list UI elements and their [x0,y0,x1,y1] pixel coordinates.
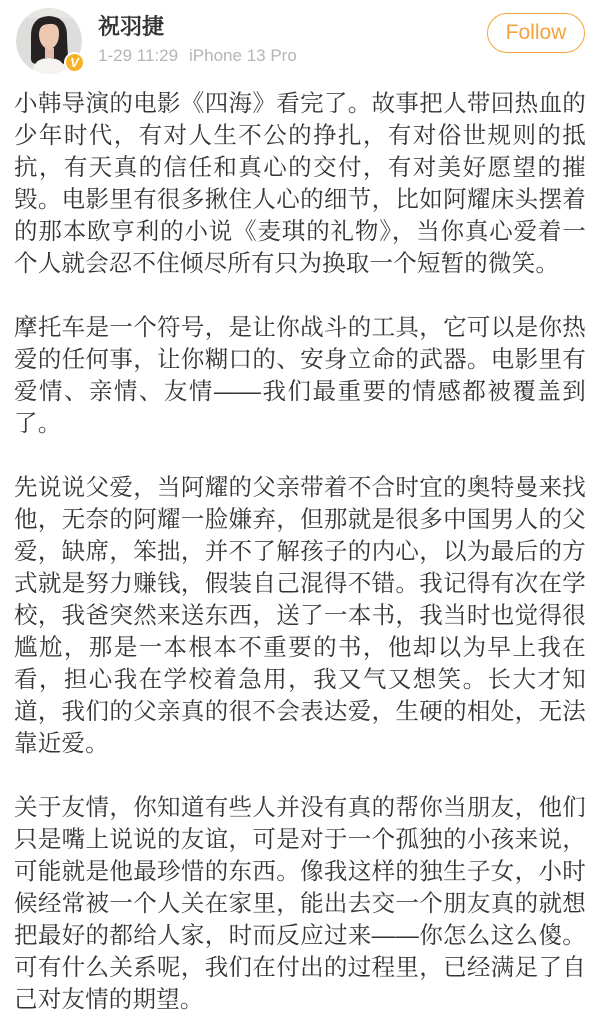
timestamp: 1-29 11:29 [98,46,178,65]
device-source[interactable]: iPhone 13 Pro [189,46,297,65]
post-paragraph-2: 摩托车是一个符号，是让你战斗的工具，它可以是你热爱的任何事，让你糊口的、安身立命… [14,311,586,439]
username[interactable]: 祝羽捷 [98,13,297,41]
verified-badge-icon: V [64,52,85,73]
post-paragraph-1: 小韩导演的电影《四海》看完了。故事把人带回热血的少年时代，有对人生不公的挣扎，有… [14,87,586,279]
weibo-post-page: V 祝羽捷 1-29 11:29iPhone 13 Pro Follow 小韩导… [0,0,600,1023]
follow-button[interactable]: Follow [487,13,585,53]
author-meta: 祝羽捷 1-29 11:29iPhone 13 Pro [98,8,297,66]
post-paragraph-3: 先说说父爱，当阿耀的父亲带着不合时宜的奥特曼来找他，无奈的阿耀一脸嫌弃，但那就是… [14,471,586,759]
post-header: V 祝羽捷 1-29 11:29iPhone 13 Pro Follow [0,0,600,74]
post-subline: 1-29 11:29iPhone 13 Pro [98,46,297,66]
post-content: 小韩导演的电影《四海》看完了。故事把人带回热血的少年时代，有对人生不公的挣扎，有… [0,87,600,1015]
post-paragraph-4: 关于友情，你知道有些人并没有真的帮你当朋友，他们只是嘴上说说的友谊，可是对于一个… [14,791,586,1015]
avatar[interactable]: V [16,8,82,74]
